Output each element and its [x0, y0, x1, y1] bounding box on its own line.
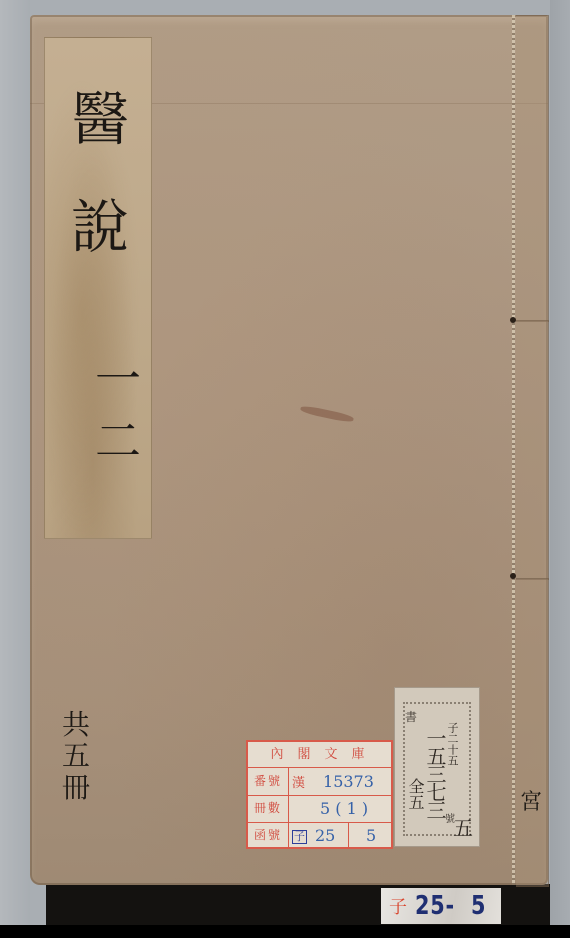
shelf-slip-total: 全五 — [407, 778, 423, 810]
volume-char-1: 一 — [95, 356, 141, 402]
title-char-1: 醫 — [71, 90, 129, 148]
case-number: 25 — [315, 826, 335, 845]
label-key: 函號 — [248, 822, 289, 849]
count-char: 五 — [54, 740, 98, 771]
stitch-hole — [510, 317, 516, 323]
label-key: 冊數 — [248, 795, 289, 822]
stain-mark — [300, 404, 354, 423]
label-key: 番號 — [248, 768, 289, 795]
title-slip: 醫 說 一 二 — [44, 37, 152, 539]
label-row-volumes: 冊數 5 ( 1 ) — [248, 795, 391, 823]
spine-panel-1 — [516, 15, 549, 322]
shelf-slip-header: 書 — [405, 708, 417, 725]
label-prefix: 漢 — [292, 776, 305, 791]
label-value: 漢15373 — [292, 768, 387, 795]
volume-count-note: 共 五 冊 — [54, 709, 98, 803]
call-tag-number: 25- 5 — [415, 891, 486, 921]
seal-stamp-icon: 子 — [292, 830, 307, 844]
background-left — [0, 0, 30, 925]
case-sub-number: 5 — [366, 822, 387, 849]
label-row-number: 番號 漢15373 — [248, 768, 391, 796]
library-label-title: 內閣文庫 — [248, 742, 391, 768]
shelf-slip-side-note: 子二十五 — [447, 722, 458, 766]
spine-mark: 宮 — [520, 785, 542, 816]
spine-panel-3 — [516, 578, 549, 887]
spine-panel-2 — [516, 320, 549, 580]
bottom-bar — [0, 925, 570, 938]
title-char-2: 說 — [71, 198, 129, 256]
background-right — [550, 0, 570, 925]
call-number-tag: 子 25- 5 — [381, 888, 501, 924]
stitch-hole — [510, 573, 516, 579]
call-tag-prefix: 子 — [389, 893, 407, 919]
binding-thread — [512, 15, 515, 885]
library-label: 內閣文庫 番號 漢15373 冊數 5 ( 1 ) 函號 子25 5 — [246, 740, 393, 849]
catalog-number: 15373 — [323, 772, 374, 791]
shelf-slip-mark: 五 — [453, 812, 473, 841]
shelf-slip-number: 一五三七三 — [425, 728, 445, 818]
book-cover: 醫 說 一 二 共 五 冊 宮 書 一五三七三 子二十五 全五 號 五 內閣文庫… — [30, 15, 548, 885]
count-char: 冊 — [54, 772, 98, 803]
label-divider — [348, 822, 349, 849]
count-char: 共 — [54, 709, 98, 740]
shelf-slip: 書 一五三七三 子二十五 全五 號 五 — [394, 687, 480, 847]
volume-count: 5 ( 1 ) — [292, 795, 387, 822]
label-row-case: 函號 子25 5 — [248, 822, 391, 849]
volume-char-2: 二 — [95, 418, 141, 464]
